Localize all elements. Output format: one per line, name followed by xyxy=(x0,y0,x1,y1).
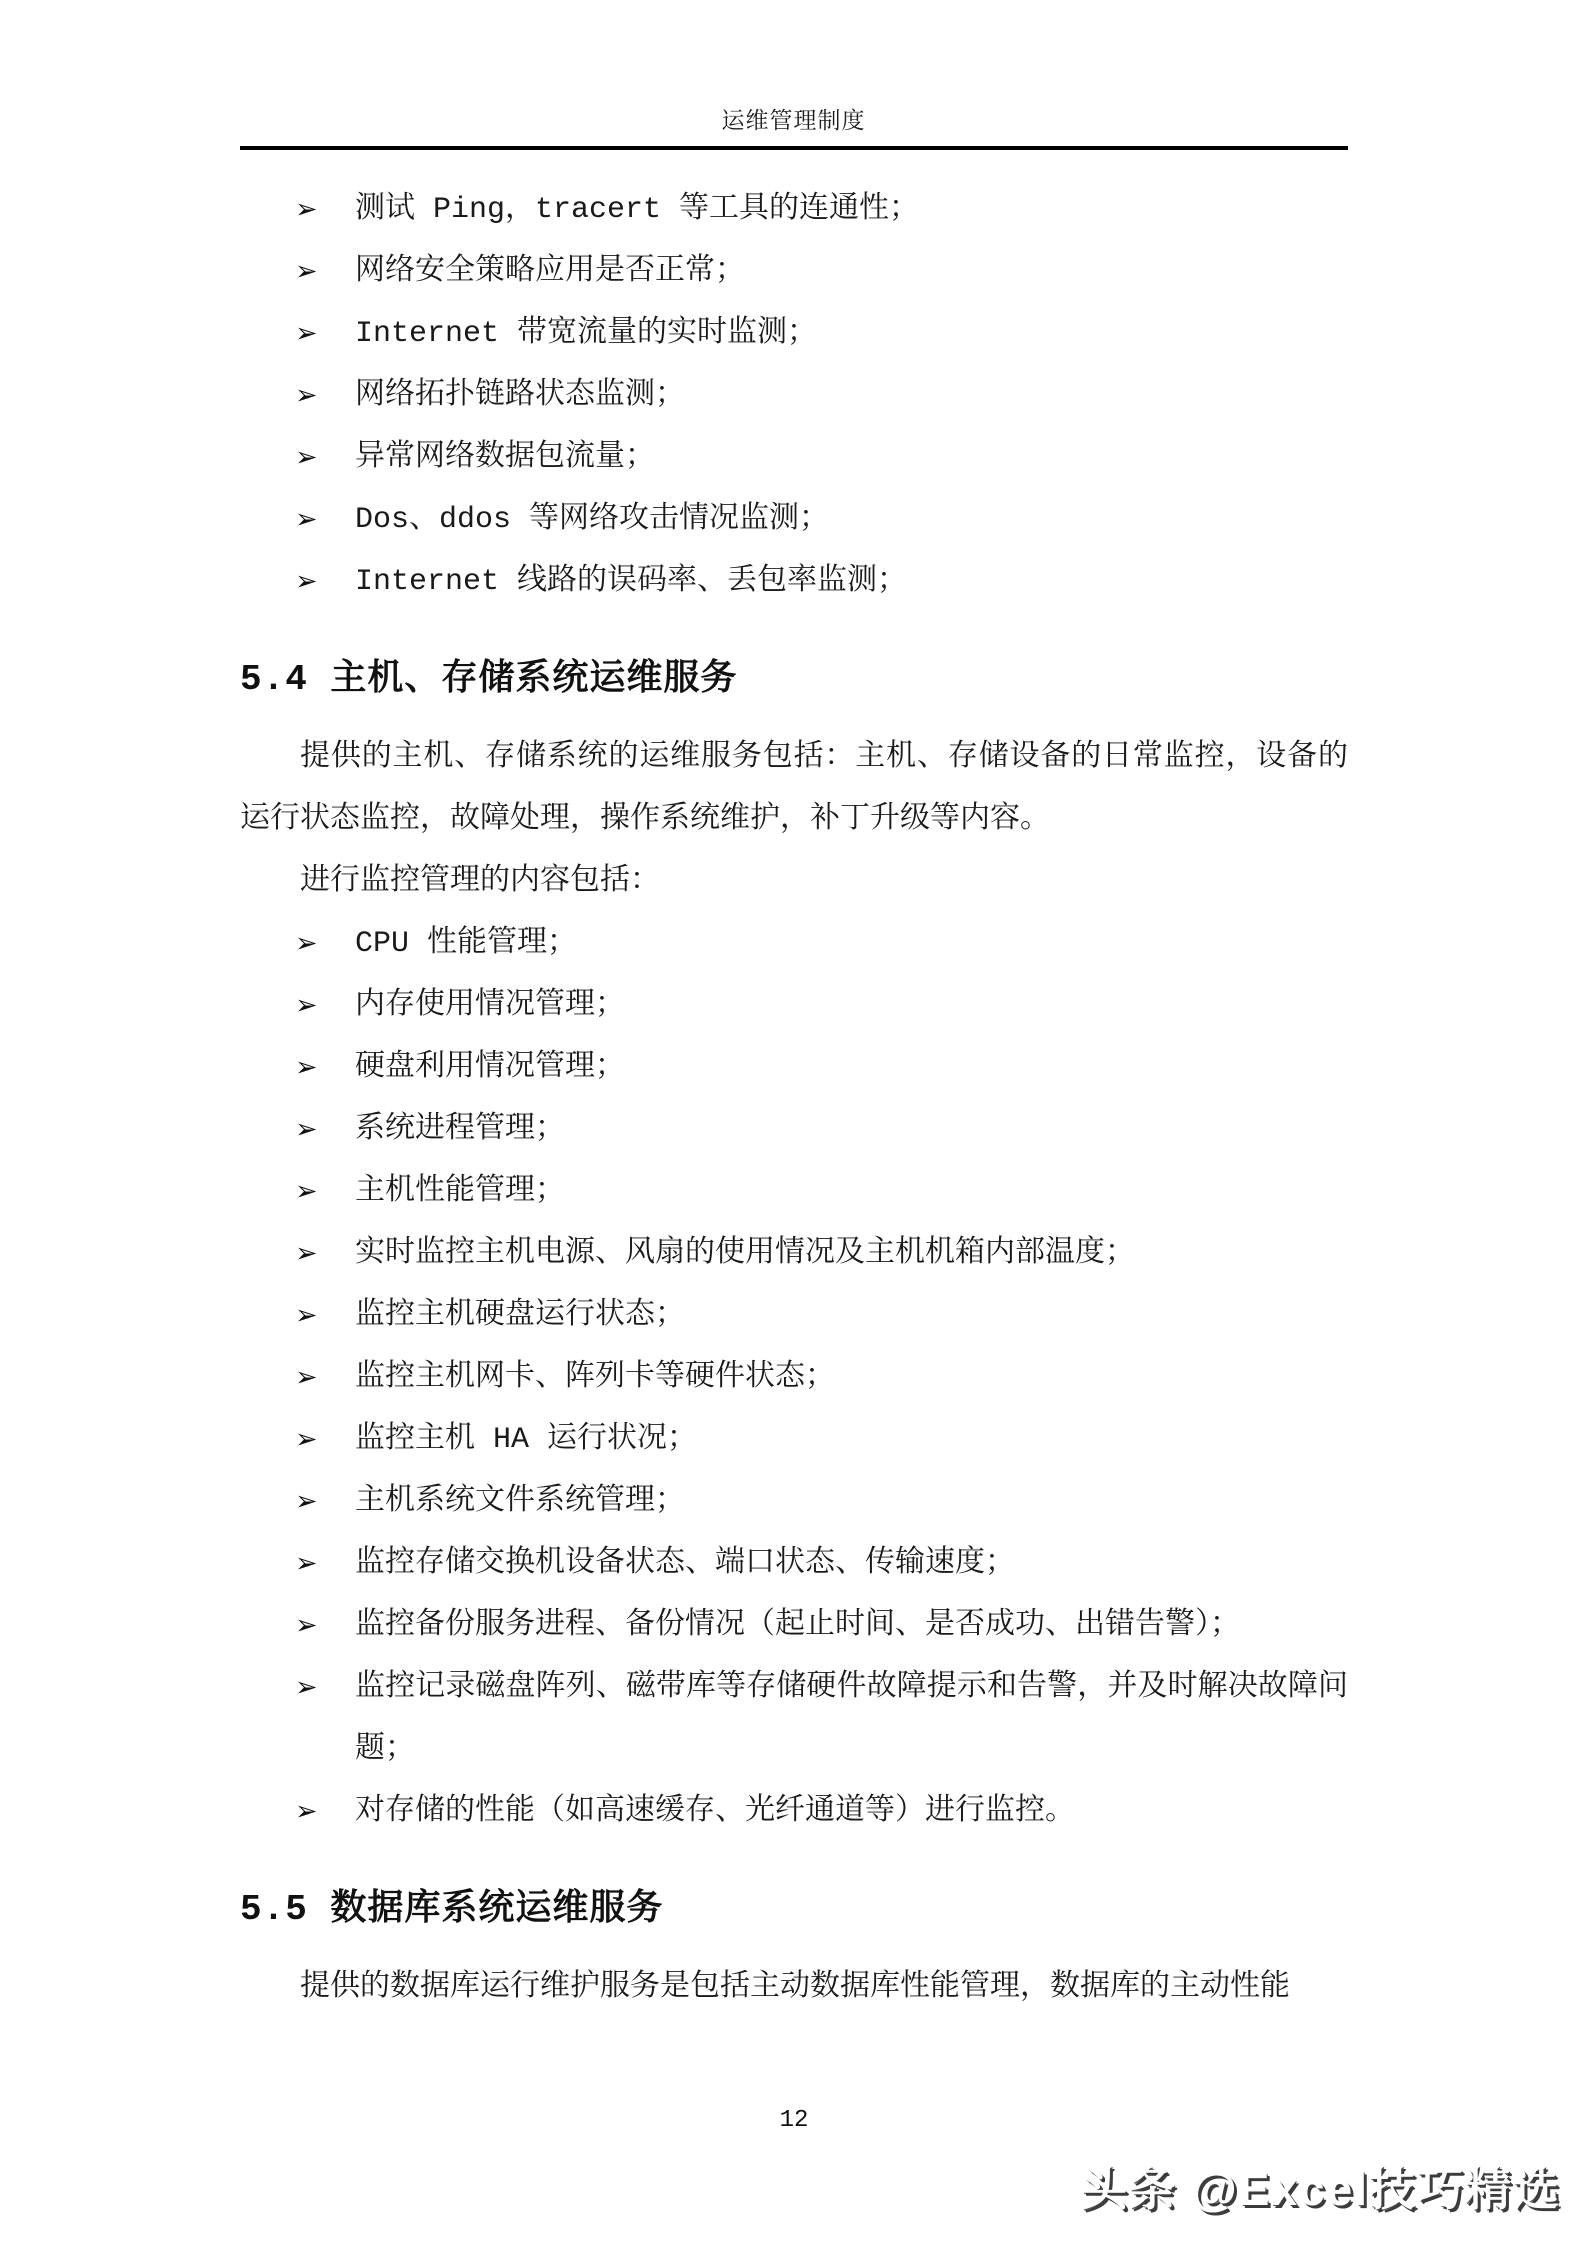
list-item-text: 系统进程管理； xyxy=(355,1113,565,1147)
list-item: ➢ Internet 线路的误码率、丢包率监测； xyxy=(240,551,1348,613)
arrow-bullet-icon: ➢ xyxy=(295,427,318,489)
list-item-text: Internet 带宽流量的实时监测； xyxy=(355,317,817,351)
list-item: ➢ 测试 Ping，tracert 等工具的连通性； xyxy=(240,179,1348,241)
arrow-bullet-icon: ➢ xyxy=(295,1347,318,1409)
section-5-4-intro-paragraph: 提供的主机、存储系统的运维服务包括：主机、存储设备的日常监控，设备的运行状态监控… xyxy=(240,727,1348,851)
arrow-bullet-icon: ➢ xyxy=(295,913,318,975)
document-page: 运维管理制度 ➢ 测试 Ping，tracert 等工具的连通性； ➢ 网络安全… xyxy=(0,0,1587,2245)
list-item-text: 监控存储交换机设备状态、端口状态、传输速度； xyxy=(355,1547,1015,1581)
list-item: ➢ 监控存储交换机设备状态、端口状态、传输速度； xyxy=(240,1533,1348,1595)
section-heading-5-4: 5.4 主机、存储系统运维服务 xyxy=(240,655,1348,705)
arrow-bullet-icon: ➢ xyxy=(295,303,318,365)
list-item-text: 内存使用情况管理； xyxy=(355,989,625,1023)
list-item: ➢ 系统进程管理； xyxy=(240,1099,1348,1161)
network-monitor-list: ➢ 测试 Ping，tracert 等工具的连通性； ➢ 网络安全策略应用是否正… xyxy=(240,179,1348,613)
arrow-bullet-icon: ➢ xyxy=(295,1223,318,1285)
list-item-text: CPU 性能管理； xyxy=(355,927,577,961)
list-item-text: 网络安全策略应用是否正常； xyxy=(355,255,745,289)
arrow-bullet-icon: ➢ xyxy=(295,1595,318,1657)
arrow-bullet-icon: ➢ xyxy=(295,365,318,427)
arrow-bullet-icon: ➢ xyxy=(295,179,318,241)
list-item-text: 主机性能管理； xyxy=(355,1175,565,1209)
document-body: ➢ 测试 Ping，tracert 等工具的连通性； ➢ 网络安全策略应用是否正… xyxy=(240,179,1348,2019)
host-storage-monitor-list: ➢ CPU 性能管理； ➢ 内存使用情况管理； ➢ 硬盘利用情况管理； ➢ 系统… xyxy=(240,913,1348,1843)
arrow-bullet-icon: ➢ xyxy=(295,1099,318,1161)
arrow-bullet-icon: ➢ xyxy=(295,1037,318,1099)
section-5-5-intro-paragraph: 提供的数据库运行维护服务是包括主动数据库性能管理，数据库的主动性能 xyxy=(240,1957,1348,2019)
arrow-bullet-icon: ➢ xyxy=(295,975,318,1037)
list-item-text: 监控主机网卡、阵列卡等硬件状态； xyxy=(355,1361,835,1395)
list-item: ➢ 实时监控主机电源、风扇的使用情况及主机机箱内部温度； xyxy=(240,1223,1348,1285)
list-item: ➢ 监控备份服务进程、备份情况（起止时间、是否成功、出错告警）； xyxy=(240,1595,1348,1657)
list-item: ➢ 内存使用情况管理； xyxy=(240,975,1348,1037)
arrow-bullet-icon: ➢ xyxy=(295,1161,318,1223)
list-item: ➢ 主机系统文件系统管理； xyxy=(240,1471,1348,1533)
list-item: ➢ 监控主机网卡、阵列卡等硬件状态； xyxy=(240,1347,1348,1409)
list-item-text: 对存储的性能（如高速缓存、光纤通道等）进行监控。 xyxy=(355,1795,1075,1829)
list-item: ➢ 主机性能管理； xyxy=(240,1161,1348,1223)
arrow-bullet-icon: ➢ xyxy=(295,1471,318,1533)
arrow-bullet-icon: ➢ xyxy=(295,1409,318,1471)
list-item-text: 监控备份服务进程、备份情况（起止时间、是否成功、出错告警）； xyxy=(355,1609,1240,1643)
list-item-text: 硬盘利用情况管理； xyxy=(355,1051,625,1085)
list-item: ➢ 监控主机硬盘运行状态； xyxy=(240,1285,1348,1347)
page-header: 运维管理制度 xyxy=(0,0,1587,150)
arrow-bullet-icon: ➢ xyxy=(295,1657,318,1719)
list-item: ➢ 监控主机 HA 运行状况； xyxy=(240,1409,1348,1471)
arrow-bullet-icon: ➢ xyxy=(295,1533,318,1595)
watermark: 头条 @Excel技巧精选 xyxy=(1081,2160,1561,2218)
section-heading-5-5: 5.5 数据库系统运维服务 xyxy=(240,1885,1348,1935)
list-item: ➢ 网络拓扑链路状态监测； xyxy=(240,365,1348,427)
list-item-text: 异常网络数据包流量； xyxy=(355,441,655,475)
arrow-bullet-icon: ➢ xyxy=(295,551,318,613)
list-item: ➢ 硬盘利用情况管理； xyxy=(240,1037,1348,1099)
list-item: ➢ Internet 带宽流量的实时监测； xyxy=(240,303,1348,365)
list-item: ➢ 异常网络数据包流量； xyxy=(240,427,1348,489)
list-item-text: 实时监控主机电源、风扇的使用情况及主机机箱内部温度； xyxy=(355,1237,1135,1271)
list-item-text: 主机系统文件系统管理； xyxy=(355,1485,685,1519)
page-number: 12 xyxy=(240,2106,1348,2136)
arrow-bullet-icon: ➢ xyxy=(295,1781,318,1843)
arrow-bullet-icon: ➢ xyxy=(295,489,318,551)
list-item-text: 监控主机 HA 运行状况； xyxy=(355,1423,697,1457)
arrow-bullet-icon: ➢ xyxy=(295,241,318,303)
header-rule xyxy=(240,146,1348,150)
list-item: ➢ 监控记录磁盘阵列、磁带库等存储硬件故障提示和告警，并及时解决故障问题； xyxy=(240,1657,1348,1781)
list-item: ➢ Dos、ddos 等网络攻击情况监测； xyxy=(240,489,1348,551)
monitor-content-intro: 进行监控管理的内容包括： xyxy=(240,851,1348,913)
list-item-text: 测试 Ping，tracert 等工具的连通性； xyxy=(355,193,919,227)
list-item-text: Dos、ddos 等网络攻击情况监测； xyxy=(355,503,829,537)
list-item: ➢ 网络安全策略应用是否正常； xyxy=(240,241,1348,303)
list-item: ➢ 对存储的性能（如高速缓存、光纤通道等）进行监控。 xyxy=(240,1781,1348,1843)
list-item-text: 监控记录磁盘阵列、磁带库等存储硬件故障提示和告警，并及时解决故障问题； xyxy=(355,1671,1348,1767)
header-title: 运维管理制度 xyxy=(0,106,1587,138)
list-item-text: 监控主机硬盘运行状态； xyxy=(355,1299,685,1333)
list-item-text: Internet 线路的误码率、丢包率监测； xyxy=(355,565,907,599)
list-item: ➢ CPU 性能管理； xyxy=(240,913,1348,975)
arrow-bullet-icon: ➢ xyxy=(295,1285,318,1347)
list-item-text: 网络拓扑链路状态监测； xyxy=(355,379,685,413)
